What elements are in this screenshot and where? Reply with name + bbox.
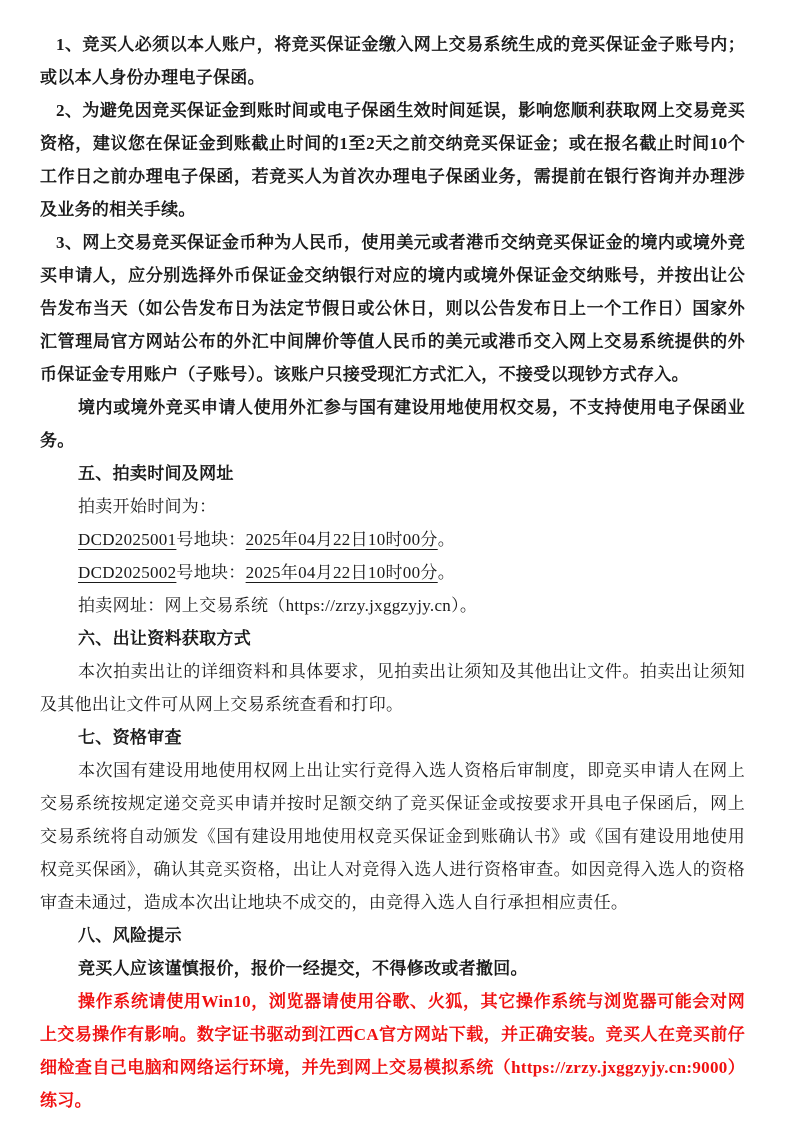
lot-1-period: 。 xyxy=(438,530,455,549)
system-requirements-warning: 操作系统请使用Win10，浏览器请使用谷歌、火狐，其它操作系统与浏览器可能会对网… xyxy=(40,985,745,1117)
auction-website-line: 拍卖网址：网上交易系统（https://zrzy.jxggzyjy.cn）。 xyxy=(40,589,745,622)
note-paragraph-2: 2、为避免因竞买保证金到账时间或电子保函生效时间延误，影响您顺利获取网上交易竞买… xyxy=(40,94,745,226)
lot-line-1: DCD2025001号地块：2025年04月22日10时00分。 xyxy=(40,523,745,556)
lot-2-time: 2025年04月22日10时00分 xyxy=(246,563,438,582)
note-paragraph-3: 3、网上交易竞买保证金币种为人民币，使用美元或者港币交纳竞买保证金的境内或境外竞… xyxy=(40,226,745,391)
lot-1-time: 2025年04月22日10时00分 xyxy=(246,530,438,549)
note-paragraph-foreign-currency: 境内或境外竞买申请人使用外汇参与国有建设用地使用权交易，不支持使用电子保函业务。 xyxy=(40,391,745,457)
section7-body: 本次国有建设用地使用权网上出让实行竞得入选人资格后审制度，即竞买申请人在网上交易… xyxy=(40,754,745,919)
lot-1-code: DCD2025001 xyxy=(78,530,176,549)
section6-body: 本次拍卖出让的详细资料和具体要求，见拍卖出让须知及其他出让文件。拍卖出让须知及其… xyxy=(40,655,745,721)
lot-2-label: 号地块： xyxy=(176,563,245,582)
lot-line-2: DCD2025002号地块：2025年04月22日10时00分。 xyxy=(40,556,745,589)
lot-2-period: 。 xyxy=(438,563,455,582)
lot-2-code: DCD2025002 xyxy=(78,563,176,582)
document-page: 1、竞买人必须以本人账户，将竞买保证金缴入网上交易系统生成的竞买保证金子账号内；… xyxy=(0,0,793,1122)
section8-heading: 八、风险提示 xyxy=(40,919,745,952)
document-body: 1、竞买人必须以本人账户，将竞买保证金缴入网上交易系统生成的竞买保证金子账号内；… xyxy=(40,28,745,1117)
section5-heading: 五、拍卖时间及网址 xyxy=(40,457,745,490)
lot-1-label: 号地块： xyxy=(176,530,245,549)
section8-body: 竞买人应该谨慎报价，报价一经提交，不得修改或者撤回。 xyxy=(40,952,745,985)
auction-start-time-intro: 拍卖开始时间为： xyxy=(40,490,745,523)
section6-heading: 六、出让资料获取方式 xyxy=(40,622,745,655)
note-paragraph-1: 1、竞买人必须以本人账户，将竞买保证金缴入网上交易系统生成的竞买保证金子账号内；… xyxy=(40,28,745,94)
section7-heading: 七、资格审查 xyxy=(40,721,745,754)
